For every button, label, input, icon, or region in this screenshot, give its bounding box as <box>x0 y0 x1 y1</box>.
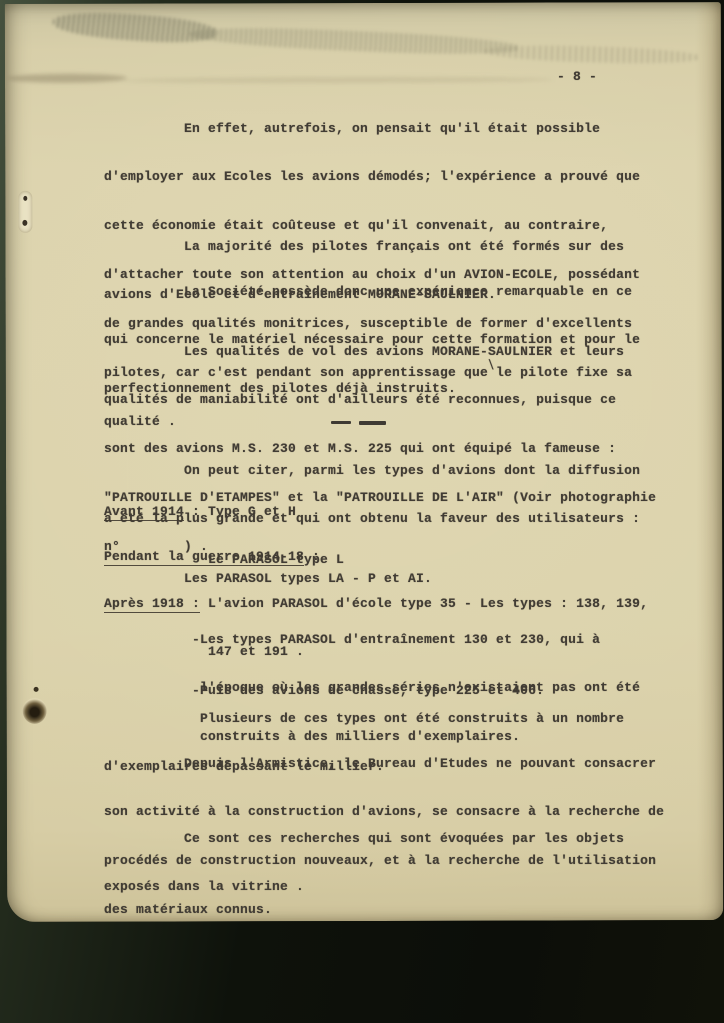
divider-dash <box>331 421 351 424</box>
text-line: d'employer aux Ecoles les avions démodés… <box>104 169 640 185</box>
ink-speck <box>23 196 27 201</box>
divider-dash <box>359 421 386 425</box>
text-line: La Société possède donc une expérience r… <box>104 284 640 300</box>
text-line: Ce sont ces recherches qui sont évoquées… <box>104 831 624 847</box>
page-number: - 8 - <box>557 69 597 85</box>
text-line: Les qualités de vol des avions MORANE-SA… <box>104 344 656 360</box>
text-line: Depuis l'Armistice, le Bureau d'Etudes n… <box>104 756 664 772</box>
text-line: exposés dans la vitrine . <box>104 879 624 895</box>
text-line: En effet, autrefois, on pensait qu'il ét… <box>104 121 640 137</box>
punch-hole <box>18 191 32 233</box>
ink-speck <box>22 220 27 226</box>
punch-hole <box>23 698 47 724</box>
paragraph-vitrine: Ce sont ces recherches qui sont évoquées… <box>104 798 624 928</box>
section-divider <box>299 405 386 409</box>
document-text: - 8 - En effet, autrefois, on pensait qu… <box>104 0 704 587</box>
ink-speck <box>34 687 39 692</box>
text-line: -Les types PARASOL d'entraînement 130 et… <box>104 632 640 648</box>
